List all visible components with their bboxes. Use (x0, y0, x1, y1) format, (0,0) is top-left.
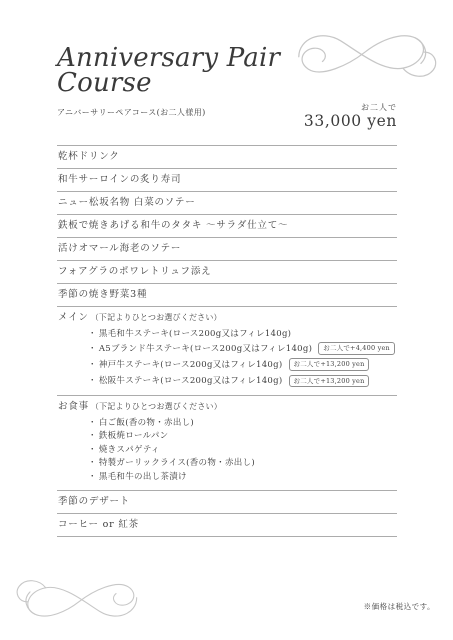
price-badge: お二人で+4,400 yen (318, 342, 395, 355)
main-course-section: メイン（下記よりひとつお選びください） ・ 黒毛和牛ステーキ(ロース200g又は… (57, 307, 397, 396)
menu-list: 乾杯ドリンク 和牛サーロインの炙り寿司 ニュー松坂名物 白菜のソテー 鉄板で焼き… (57, 145, 397, 537)
main-options: ・ 黒毛和牛ステーキ(ロース200g又はフィレ140g) ・ A5ブランド牛ステ… (88, 327, 397, 389)
menu-item-foie-gras: フォアグラのポワレトリュフ添え (57, 261, 397, 284)
price-block: お二人で 33,000 yen (304, 103, 397, 131)
bullet: ・ (88, 329, 97, 339)
menu-item-aburi-sushi: 和牛サーロインの炙り寿司 (57, 169, 397, 192)
meal-section-note: （下記よりひとつお選びください） (91, 402, 222, 411)
menu-item-wagyu-tataki: 鉄板で焼きあげる和牛のタタキ ～サラダ仕立て～ (57, 215, 397, 238)
bullet: ・ (88, 360, 97, 370)
main-option-kuroge-wagyu: ・ 黒毛和牛ステーキ(ロース200g又はフィレ140g) (88, 327, 397, 341)
menu-item-dessert: 季節のデザート (57, 491, 397, 514)
option-label: 白ご飯(香の物・赤出し) (99, 418, 194, 428)
bullet: ・ (88, 445, 97, 455)
meal-option-roll-bread: ・ 鉄板焼ロールパン (88, 429, 397, 443)
bullet: ・ (88, 472, 97, 482)
main-section-title: メイン (58, 312, 89, 323)
menu-page: Anniversary Pair Course アニバーサリーペアコース(お二人… (0, 0, 453, 640)
option-label: 黒毛和牛ステーキ(ロース200g又はフィレ140g) (99, 329, 292, 339)
subtitle-row: アニバーサリーペアコース(お二人様用) お二人で 33,000 yen (57, 105, 397, 131)
option-label: 鉄板焼ロールパン (99, 431, 169, 441)
price-badge: お二人で+13,200 yen (289, 375, 370, 388)
option-label: 黒毛和牛の出し茶漬け (99, 472, 187, 482)
bullet: ・ (88, 376, 97, 386)
calligraphic-flourish-icon (16, 576, 140, 626)
price-value: 33,000 yen (304, 113, 397, 131)
option-label: 松阪牛ステーキ(ロース200g又はフィレ140g) (99, 376, 283, 386)
bullet: ・ (88, 458, 97, 468)
menu-item-kanpai-drink: 乾杯ドリンク (57, 146, 397, 169)
bullet: ・ (88, 344, 97, 354)
option-label: 焼きスパゲティ (99, 445, 160, 455)
main-section-note: （下記よりひとつお選びください） (91, 313, 222, 322)
main-option-kobe-beef: ・ 神戸牛ステーキ(ロース200g又はフィレ140g) お二人で+13,200 … (88, 357, 397, 373)
main-option-matsusaka-beef: ・ 松阪牛ステーキ(ロース200g又はフィレ140g) お二人で+13,200 … (88, 373, 397, 389)
course-subtitle: アニバーサリーペアコース(お二人様用) (57, 105, 206, 118)
meal-section-header: お食事（下記よりひとつお選びください） (58, 401, 397, 412)
option-label: 神戸牛ステーキ(ロース200g又はフィレ140g) (99, 360, 283, 370)
meal-options: ・ 白ご飯(香の物・赤出し) ・ 鉄板焼ロールパン ・ 焼きスパゲティ ・ 特製… (88, 416, 397, 484)
menu-item-hakusai-saute: ニュー松坂名物 白菜のソテー (57, 192, 397, 215)
price-badge: お二人で+13,200 yen (289, 358, 370, 371)
main-section-header: メイン（下記よりひとつお選びください） (58, 312, 397, 323)
tax-included-note: ※価格は税込です。 (364, 601, 435, 612)
calligraphic-flourish-icon (295, 24, 437, 82)
bullet: ・ (88, 431, 97, 441)
option-label: 特製ガーリックライス(香の物・赤出し) (99, 458, 255, 468)
main-option-a5-brand: ・ A5ブランド牛ステーキ(ロース200g又はフィレ140g) お二人で+4,4… (88, 341, 397, 357)
meal-section: お食事（下記よりひとつお選びください） ・ 白ご飯(香の物・赤出し) ・ 鉄板焼… (57, 396, 397, 491)
meal-section-title: お食事 (58, 401, 89, 412)
option-label: A5ブランド牛ステーキ(ロース200g又はフィレ140g) (99, 344, 312, 354)
menu-item-coffee-or-tea: コーヒー or 紅茶 (57, 514, 397, 537)
menu-item-grilled-vegetables: 季節の焼き野菜3種 (57, 284, 397, 307)
meal-option-garlic-rice: ・ 特製ガーリックライス(香の物・赤出し) (88, 457, 397, 471)
meal-option-yaki-spaghetti: ・ 焼きスパゲティ (88, 443, 397, 457)
bullet: ・ (88, 418, 97, 428)
meal-option-white-rice: ・ 白ご飯(香の物・赤出し) (88, 416, 397, 430)
price-label: お二人で (304, 103, 397, 112)
menu-item-homard-saute: 活けオマール海老のソテー (57, 238, 397, 261)
meal-option-chazuke: ・ 黒毛和牛の出し茶漬け (88, 470, 397, 484)
